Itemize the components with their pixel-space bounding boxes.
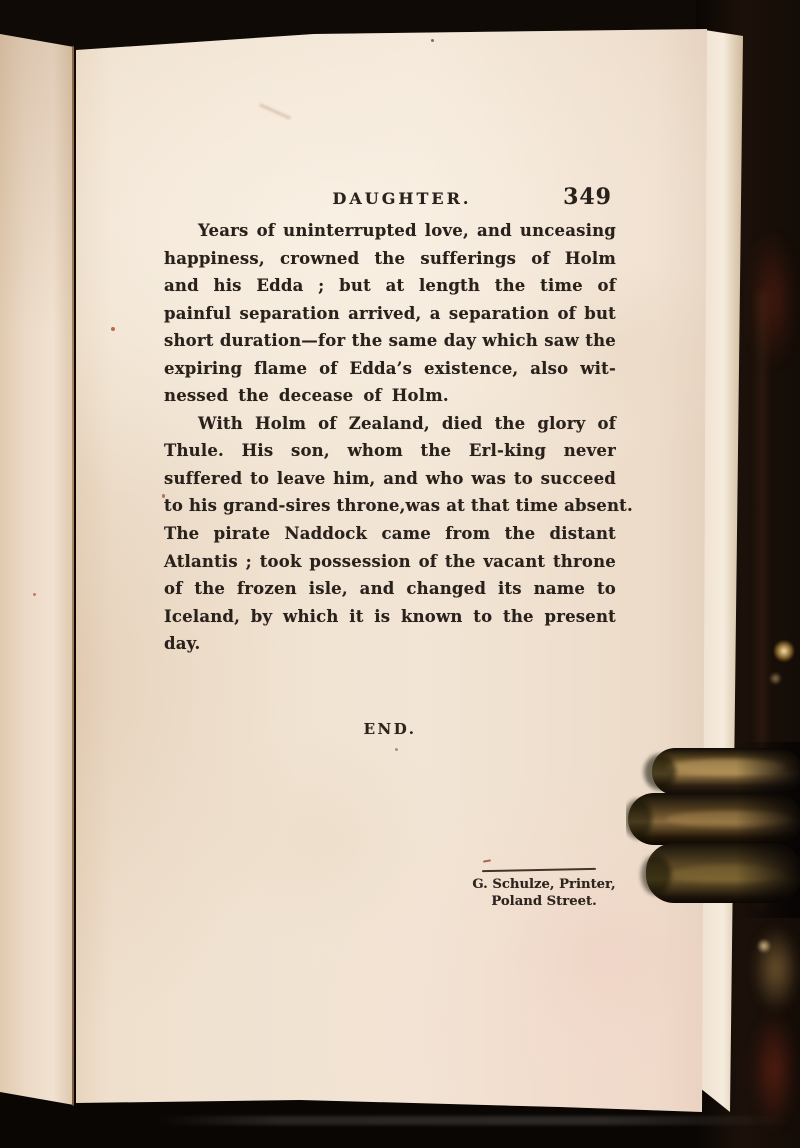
facing-page-shadow [0,34,74,334]
text-line: With Holm of Zealand, died the glory of [164,410,616,438]
clasp-lower-glint [752,925,800,1013]
text-line: Iceland, by which it is known to the pre… [164,603,616,631]
colophon: G. Schulze, Printer, Poland Street. [468,877,620,910]
metal-glint [769,672,782,685]
printer-line: G. Schulze, Printer, [468,877,620,894]
text-line: to his grand-sires throne,was at that ti… [164,492,616,520]
text-line: Thule. His son, whom the Erl-king never [164,437,616,465]
end-label: END. [164,720,616,738]
page-gutter [72,46,74,1106]
metal-glint [774,640,794,662]
address-line: Poland Street. [468,894,620,911]
text-line: happiness, crowned the sufferings of Hol… [164,245,616,273]
foxing-speck [395,748,398,751]
leather-red-glint [748,230,796,370]
clasp-lower-glint [757,938,771,954]
foxing-speck [33,593,36,596]
text-line: suffered to leave him, and who was to su… [164,465,616,493]
paper-blotch [194,728,454,948]
body-text: Years of uninterrupted love, and unceasi… [164,217,616,658]
text-line: expiring flame of Edda’s existence, also… [164,355,616,383]
page-number: 349 [520,184,612,210]
brass-clasp [626,742,800,918]
foxing-speck [431,39,434,42]
text-line: of the frozen isle, and changed its name… [164,575,616,603]
text-line: short duration—for the same day which sa… [164,327,616,355]
foxing-speck [111,327,115,331]
text-line: Years of uninterrupted love, and unceasi… [164,217,616,245]
text-line: The pirate Naddock came from the distant [164,520,616,548]
cover-bottom-highlight [150,1116,790,1125]
text-line: painful separation arrived, a separation… [164,300,616,328]
text-line: day. [164,630,616,658]
book-photo: DAUGHTER. 349 Years of uninterrupted lov… [0,0,800,1148]
text-line: Atlantis ; took possession of the vacant… [164,548,616,576]
facing-page-edge [0,34,74,1106]
text-line: nessed the decease of Holm. [164,382,616,410]
leather-red-glint [752,1010,796,1130]
text-line: and his Edda ; but at length the time of [164,272,616,300]
